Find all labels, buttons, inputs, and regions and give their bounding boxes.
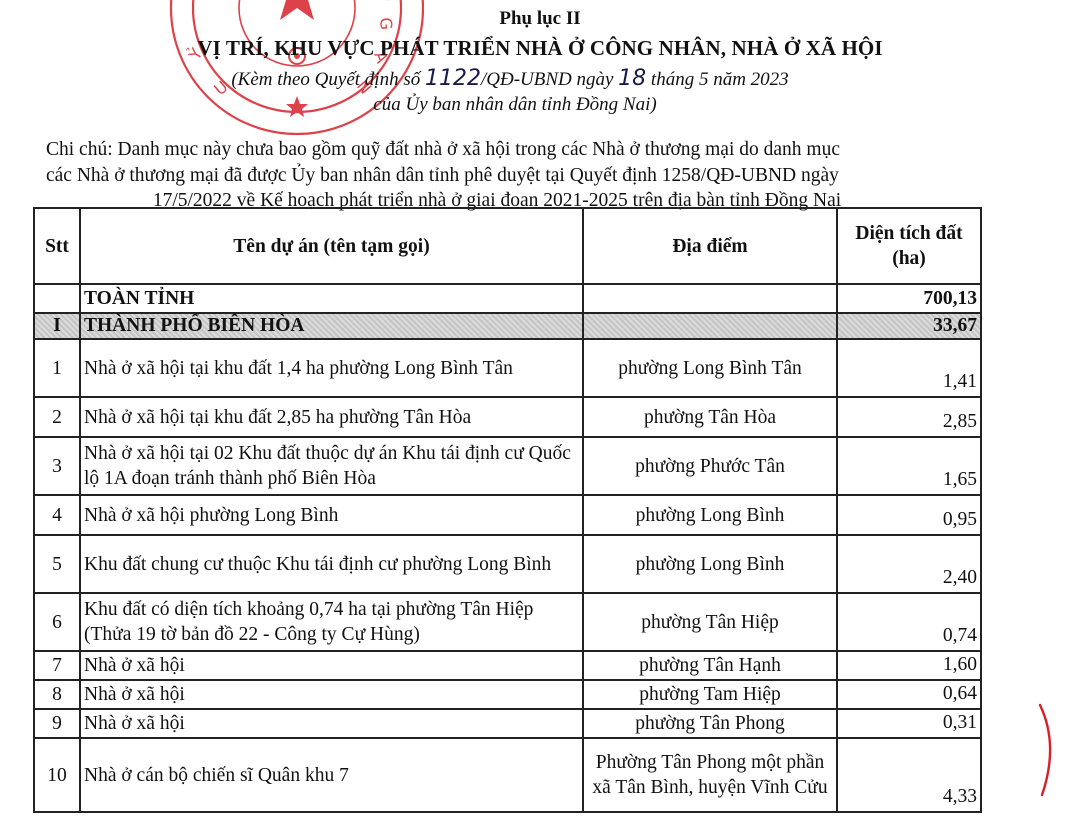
footnote: Chi chú: Danh mục này chưa bao gồm quỹ đ… [46, 137, 976, 214]
row-location: Phường Tân Phong một phần xã Tân Bình, h… [583, 738, 837, 812]
table-header-row: Stt Tên dự án (tên tạm gọi) Địa điểm Diệ… [34, 208, 981, 284]
decision-mid: /QĐ-UBND ngày [481, 69, 613, 90]
row-location: phường Tân Hòa [583, 397, 837, 437]
decision-prefix: (Kèm theo Quyết định số [231, 69, 420, 90]
row-location: phường Long Bình Tân [583, 339, 837, 397]
row-project-name: Nhà ở xã hội phường Long Bình [80, 495, 583, 535]
table-row: 5Khu đất chung cư thuộc Khu tái định cư … [34, 535, 981, 593]
row-stt: 5 [34, 535, 80, 593]
decision-date: tháng 5 năm 2023 [651, 69, 789, 90]
svg-text:Ồ: Ồ [377, 0, 399, 2]
header-area: Diện tích đất (ha) [837, 208, 981, 284]
table-row: 9Nhà ở xã hộiphường Tân Phong0,31 [34, 709, 981, 738]
table-row: 4Nhà ở xã hội phường Long Bìnhphường Lon… [34, 495, 981, 535]
row-area: 0,64 [837, 680, 981, 709]
row-stt: 7 [34, 651, 80, 680]
decision-number: 1122 [425, 66, 481, 91]
row-area: 2,85 [837, 397, 981, 437]
total-stt [34, 284, 80, 313]
footnote-line-1: Chi chú: Danh mục này chưa bao gồm quỹ đ… [46, 139, 840, 160]
decision-day: 18 [618, 66, 646, 91]
row-stt: 10 [34, 738, 80, 812]
row-project-name: Nhà ở xã hội tại 02 Khu đất thuộc dự án … [80, 437, 583, 495]
row-area: 4,33 [837, 738, 981, 812]
row-project-name: Khu đất chung cư thuộc Khu tái định cư p… [80, 535, 583, 593]
table-row: 10Nhà ở cán bộ chiến sĩ Quân khu 7Phường… [34, 738, 981, 812]
document-title: VỊ TRÍ, KHU VỰC PHÁT TRIỂN NHÀ Ở CÔNG NH… [0, 36, 1080, 61]
province-total-row: TOÀN TỈNH 700,13 [34, 284, 981, 313]
row-stt: 4 [34, 495, 80, 535]
row-project-name: Nhà ở cán bộ chiến sĩ Quân khu 7 [80, 738, 583, 812]
header-project-name: Tên dự án (tên tạm gọi) [80, 208, 583, 284]
section-stt: I [34, 313, 80, 339]
section-row: I THÀNH PHỐ BIÊN HÒA 33,67 [34, 313, 981, 339]
row-location: phường Long Bình [583, 495, 837, 535]
row-project-name: Nhà ở xã hội tại khu đất 1,4 ha phường L… [80, 339, 583, 397]
table-row: 8Nhà ở xã hộiphường Tam Hiệp0,64 [34, 680, 981, 709]
row-project-name: Nhà ở xã hội tại khu đất 2,85 ha phường … [80, 397, 583, 437]
row-location: phường Tân Hạnh [583, 651, 837, 680]
row-stt: 6 [34, 593, 80, 651]
row-project-name: Nhà ở xã hội [80, 680, 583, 709]
row-stt: 2 [34, 397, 80, 437]
housing-projects-table: Stt Tên dự án (tên tạm gọi) Địa điểm Diệ… [33, 207, 982, 813]
signature-mark-icon [1030, 700, 1060, 800]
appendix-label: Phụ lục II [0, 8, 1080, 30]
header-stt: Stt [34, 208, 80, 284]
row-location: phường Long Bình [583, 535, 837, 593]
row-stt: 1 [34, 339, 80, 397]
issuer-line: của Ủy ban nhân dân tỉnh Đồng Nai) [0, 94, 1030, 116]
footnote-line-2: các Nhà ở thương mại đã được Ủy ban nhân… [46, 165, 839, 186]
row-area: 1,41 [837, 339, 981, 397]
row-area: 0,95 [837, 495, 981, 535]
table-row: 3Nhà ở xã hội tại 02 Khu đất thuộc dự án… [34, 437, 981, 495]
row-area: 1,60 [837, 651, 981, 680]
row-area: 0,31 [837, 709, 981, 738]
section-location [583, 313, 837, 339]
total-name: TOÀN TỈNH [80, 284, 583, 313]
section-area: 33,67 [837, 313, 981, 339]
row-stt: 3 [34, 437, 80, 495]
row-project-name: Nhà ở xã hội [80, 709, 583, 738]
row-location: phường Tân Phong [583, 709, 837, 738]
row-stt: 9 [34, 709, 80, 738]
total-area: 700,13 [837, 284, 981, 313]
row-area: 2,40 [837, 535, 981, 593]
row-project-name: Nhà ở xã hội [80, 651, 583, 680]
header-location: Địa điểm [583, 208, 837, 284]
decision-reference: (Kèm theo Quyết định số 1122/QĐ-UBND ngà… [0, 66, 1020, 91]
row-location: phường Tam Hiệp [583, 680, 837, 709]
row-area: 1,65 [837, 437, 981, 495]
row-location: phường Tân Hiệp [583, 593, 837, 651]
row-location: phường Phước Tân [583, 437, 837, 495]
row-stt: 8 [34, 680, 80, 709]
table-row: 7Nhà ở xã hộiphường Tân Hạnh1,60 [34, 651, 981, 680]
table-row: 6 Khu đất có diện tích khoảng 0,74 ha tạ… [34, 593, 981, 651]
row-project-name: Khu đất có diện tích khoảng 0,74 ha tại … [80, 593, 583, 651]
total-location [583, 284, 837, 313]
row-area: 0,74 [837, 593, 981, 651]
table-row: 1Nhà ở xã hội tại khu đất 1,4 ha phường … [34, 339, 981, 397]
section-name: THÀNH PHỐ BIÊN HÒA [80, 313, 583, 339]
table-row: 2Nhà ở xã hội tại khu đất 2,85 ha phường… [34, 397, 981, 437]
